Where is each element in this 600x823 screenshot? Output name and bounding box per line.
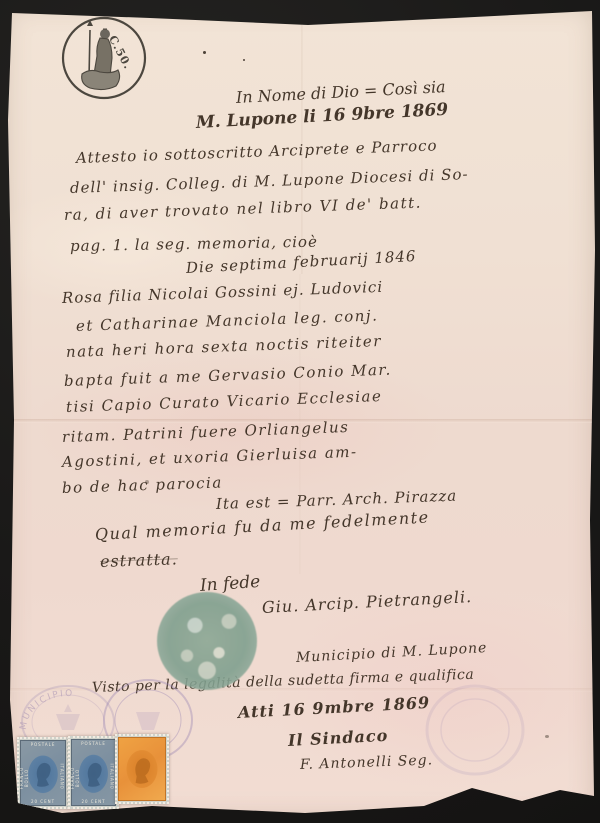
municipal-stamp: [420, 680, 530, 780]
king-profile-icon: [129, 753, 155, 785]
ink-speck: [203, 51, 206, 54]
stamp-bottom-label: 20 CENT: [21, 799, 65, 804]
manuscript-line: ra, di aver trovato nel libro VI de' bat…: [64, 194, 422, 224]
manuscript-line: Atti 16 9mbre 1869: [238, 693, 431, 722]
manuscript-line: Qual memoria fu da me fedelmente: [95, 507, 431, 544]
stamp-top-label: POSTALE: [21, 742, 65, 747]
manuscript-line: bo de hac parocia: [62, 473, 223, 497]
manuscript-line: Il Sindaco: [288, 726, 389, 750]
manuscript-line: bapta fuit a me Gervasio Conio Mar.: [64, 361, 392, 390]
king-profile-icon: [31, 758, 55, 788]
manuscript-line: nata heri hora sexta noctis riteiter: [66, 332, 383, 361]
manuscript-line: dell' insig. Colleg. di M. Lupone Dioces…: [70, 165, 469, 197]
ink-speck: [243, 59, 245, 61]
manuscript-line: pag. 1. la seg. memoria, cioè: [70, 233, 318, 255]
manuscript-line: Attesto io sottoscritto Arciprete e Parr…: [76, 136, 438, 167]
manuscript-line: estratta.: [100, 549, 178, 571]
stamp-frame: POSTALE ITALIANO FRANCO BOLLO 20 CENT: [20, 740, 66, 806]
manuscript-line: Municipio di M. Lupone: [296, 640, 488, 666]
stamp-bottom-label: 20 CENT: [72, 799, 115, 804]
king-profile-icon: [82, 758, 106, 788]
manuscript-line: M. Lupone li 16 9bre 1869: [195, 100, 448, 133]
manuscript-line: tisi Capio Curato Vicario Ecclesiae: [66, 387, 383, 416]
postage-stamp-orange: [115, 734, 169, 804]
stamp-frame: [118, 737, 166, 801]
postage-stamp-20c-blue: POSTALE ITALIANO FRANCO BOLLO 20 CENT: [68, 736, 119, 809]
stamp-left-label: FRANCO BOLLO: [70, 766, 80, 790]
postage-stamp-20c-blue: POSTALE ITALIANO FRANCO BOLLO 20 CENT: [17, 737, 69, 809]
ink-speck: [545, 735, 549, 738]
stamp-left-label: FRANCO BOLLO: [19, 766, 29, 790]
stamp-right-label: ITALIANO: [60, 764, 65, 788]
stamp-right-label: ITALIANO: [110, 763, 115, 787]
manuscript-line: Agostini, et uxoria Gierluisa am-: [62, 443, 358, 471]
stamp-top-label: POSTALE: [72, 741, 115, 746]
manuscript-line: F. Antonelli Seg.: [300, 752, 434, 773]
seated-allegory-icon: [60, 16, 148, 100]
document-photo: C.50. In Nome di Dio = Così sia M. Lupon…: [0, 0, 600, 823]
manuscript-paper: C.50. In Nome di Dio = Così sia M. Lupon…: [0, 0, 600, 823]
manuscript-line: Rosa filia Nicolai Gossini ej. Ludovici: [62, 278, 384, 307]
revenue-stamp-c50: C.50.: [60, 16, 148, 100]
manuscript-line: et Catharinae Manciola leg. conj.: [76, 306, 379, 335]
stamp-frame: POSTALE ITALIANO FRANCO BOLLO 20 CENT: [71, 739, 116, 806]
manuscript-line: Giu. Arcip. Pietrangeli.: [262, 587, 473, 617]
